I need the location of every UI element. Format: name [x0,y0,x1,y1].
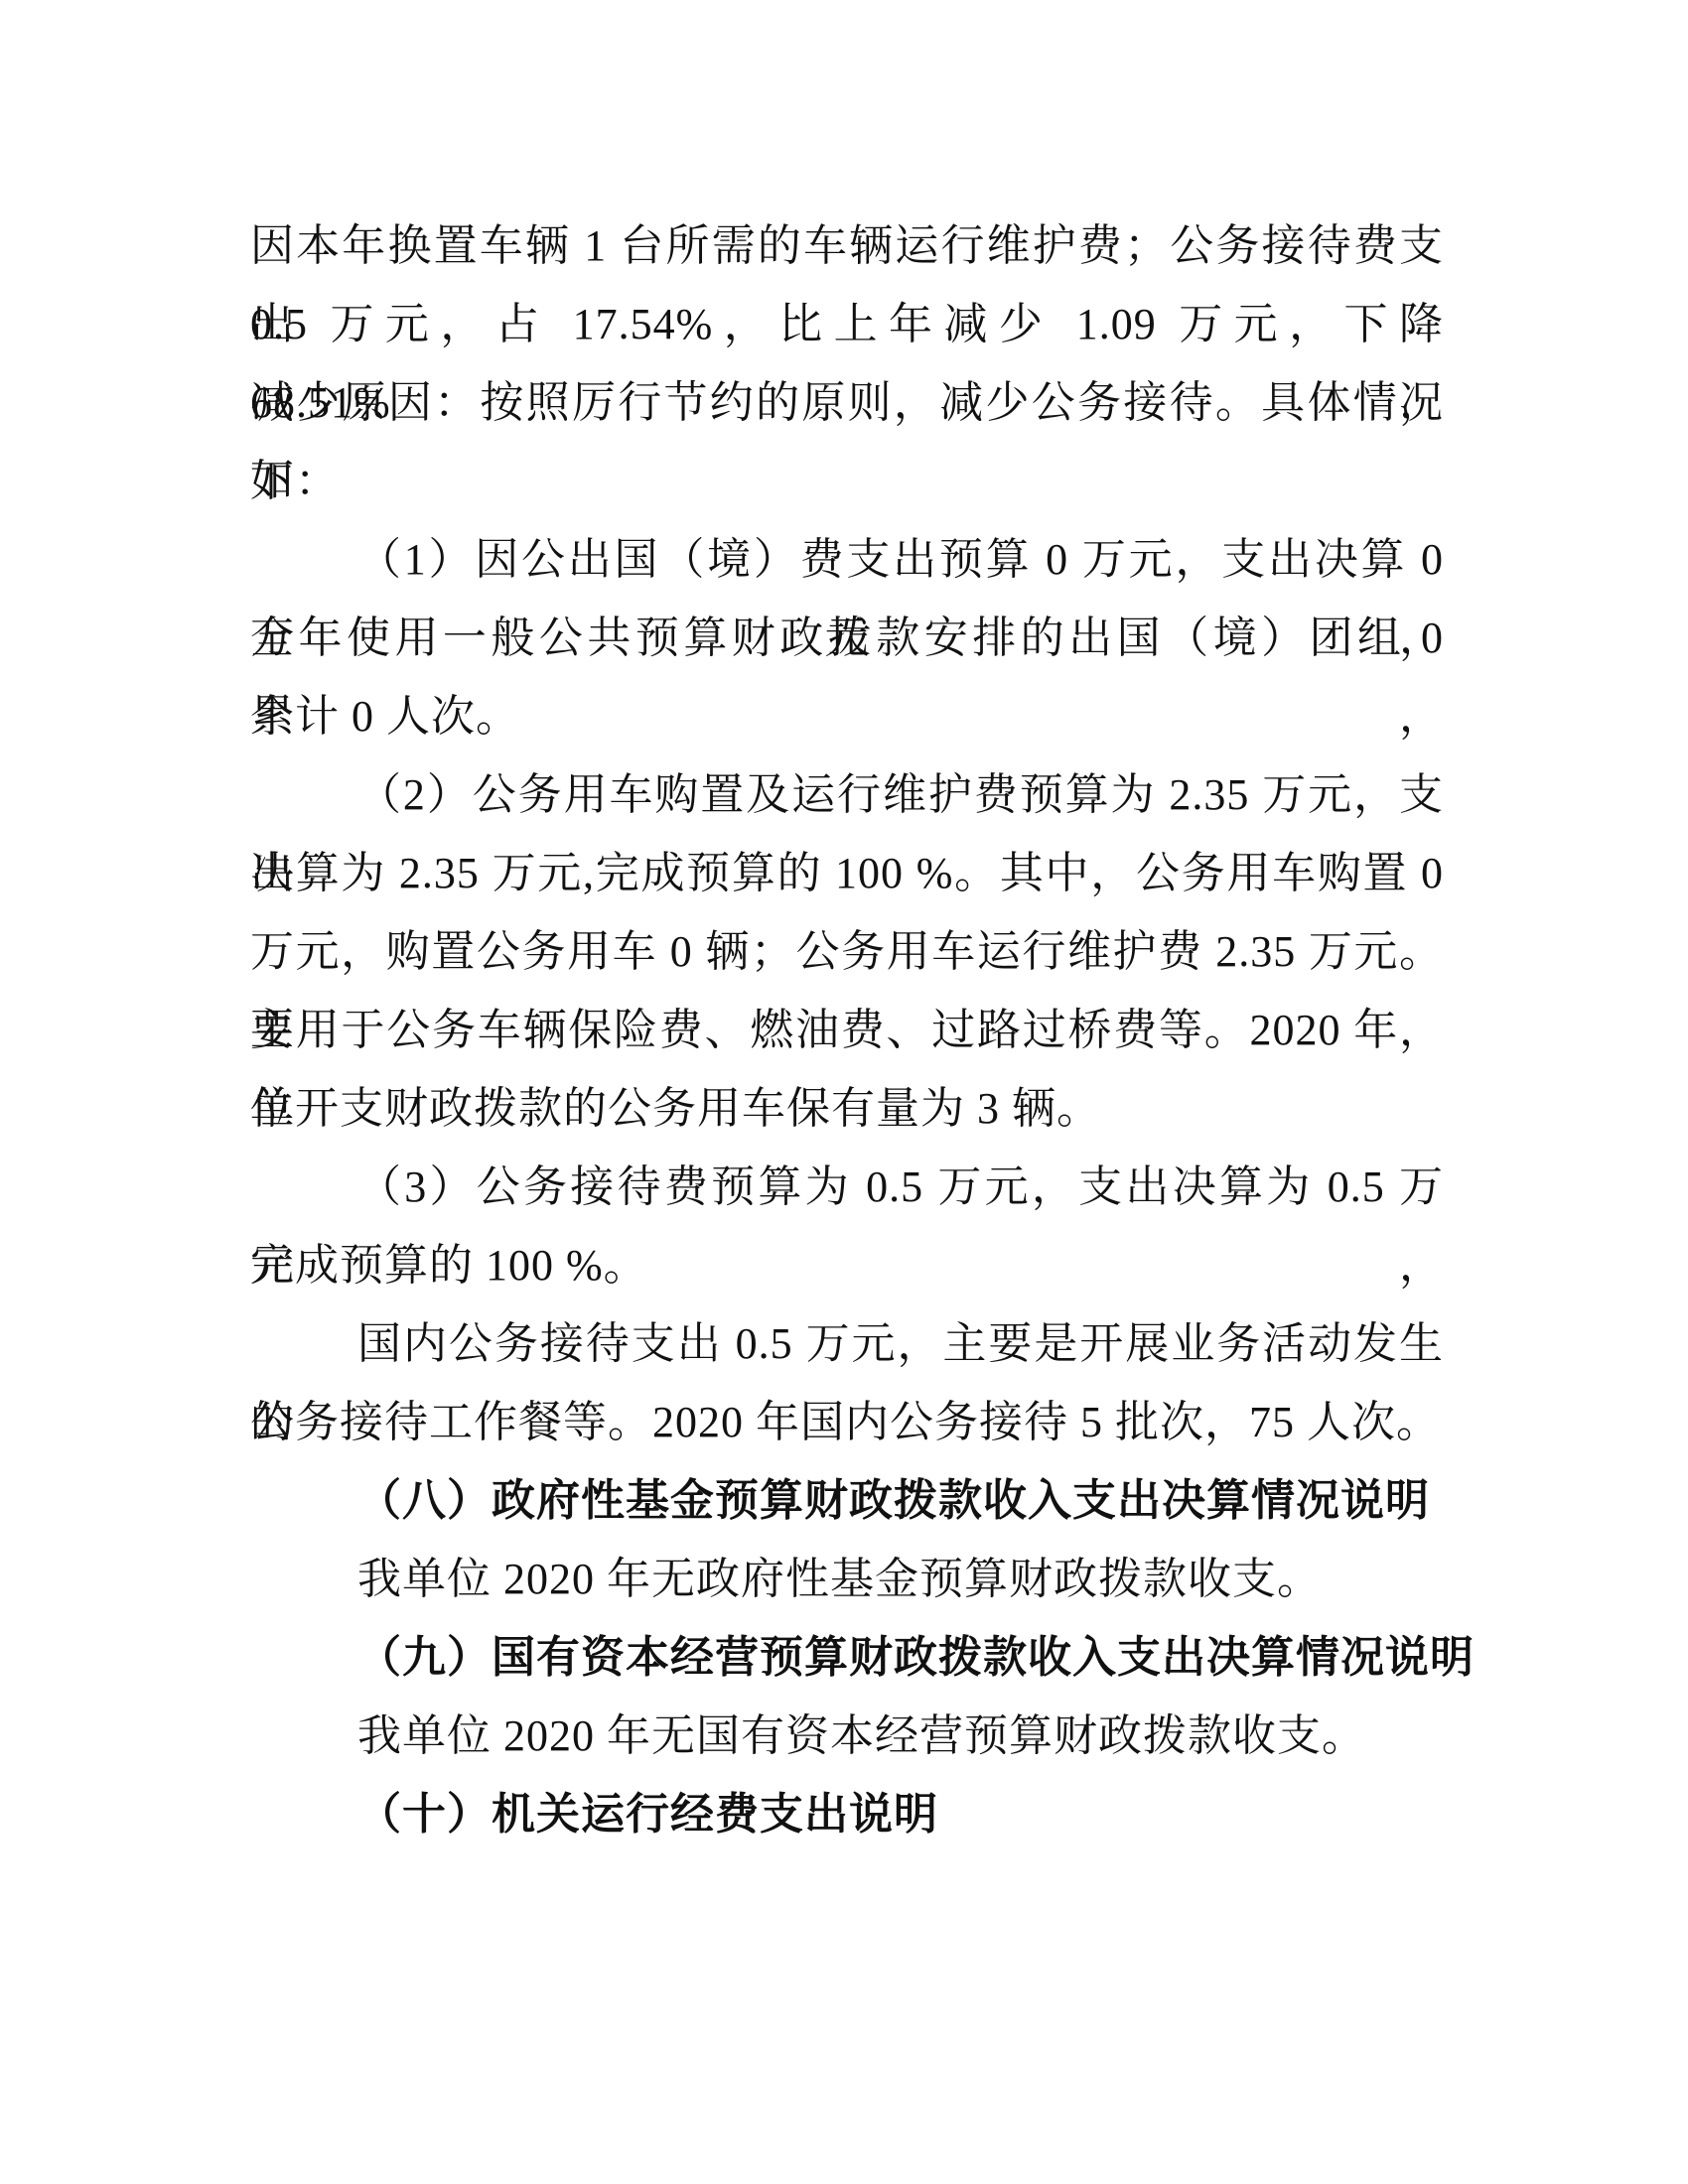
text-block: 因本年换置车辆 1 台所需的车辆运行维护费；公务接待费支出 0.5 万元，占 1… [250,206,1444,1853]
text-line: 我单位 2020 年无政府性基金预算财政拨款收支。 [250,1540,1444,1618]
text-line: （2）公务用车购置及运行维护费预算为 2.35 万元，支出 [250,755,1444,834]
section-heading: （八）政府性基金预算财政拨款收入支出决算情况说明 [250,1461,1444,1540]
text-line: 下： [250,442,1444,520]
text-line: 因本年换置车辆 1 台所需的车辆运行维护费；公务接待费支出 [250,206,1444,285]
document-page: 因本年换置车辆 1 台所需的车辆运行维护费；公务接待费支出 0.5 万元，占 1… [0,0,1688,2184]
text-line: 0.5 万元，占 17.54%，比上年减少 1.09 万元，下降 68.51%， [250,285,1444,363]
text-line: 位开支财政拨款的公务用车保有量为 3 辆。 [250,1069,1444,1148]
text-line: （1）因公出国（境）费支出预算 0 万元，支出决算 0 万元， [250,520,1444,599]
text-line: 公务接待工作餐等。2020 年国内公务接待 5 批次，75 人次。 [250,1383,1444,1461]
text-line: 减少原因：按照厉行节约的原则，减少公务接待。具体情况如 [250,363,1444,442]
text-line: 万元，购置公务用车 0 辆；公务用车运行维护费 2.35 万元。主 [250,912,1444,991]
text-line: 全年使用一般公共预算财政拨款安排的出国（境）团组 0 个， [250,599,1444,677]
text-line: 我单位 2020 年无国有资本经营预算财政拨款收支。 [250,1697,1444,1775]
text-line: （3）公务接待费预算为 0.5 万元，支出决算为 0.5 万元， [250,1148,1444,1226]
text-line: 国内公务接待支出 0.5 万元，主要是开展业务活动发生的 [250,1304,1444,1383]
text-line: 要用于公务车辆保险费、燃油费、过路过桥费等。2020 年，单 [250,991,1444,1069]
section-heading: （九）国有资本经营预算财政拨款收入支出决算情况说明 [250,1618,1444,1697]
text-line: 决算为 2.35 万元,完成预算的 100 %。其中，公务用车购置 0 [250,834,1444,912]
section-heading: （十）机关运行经费支出说明 [250,1775,1444,1853]
